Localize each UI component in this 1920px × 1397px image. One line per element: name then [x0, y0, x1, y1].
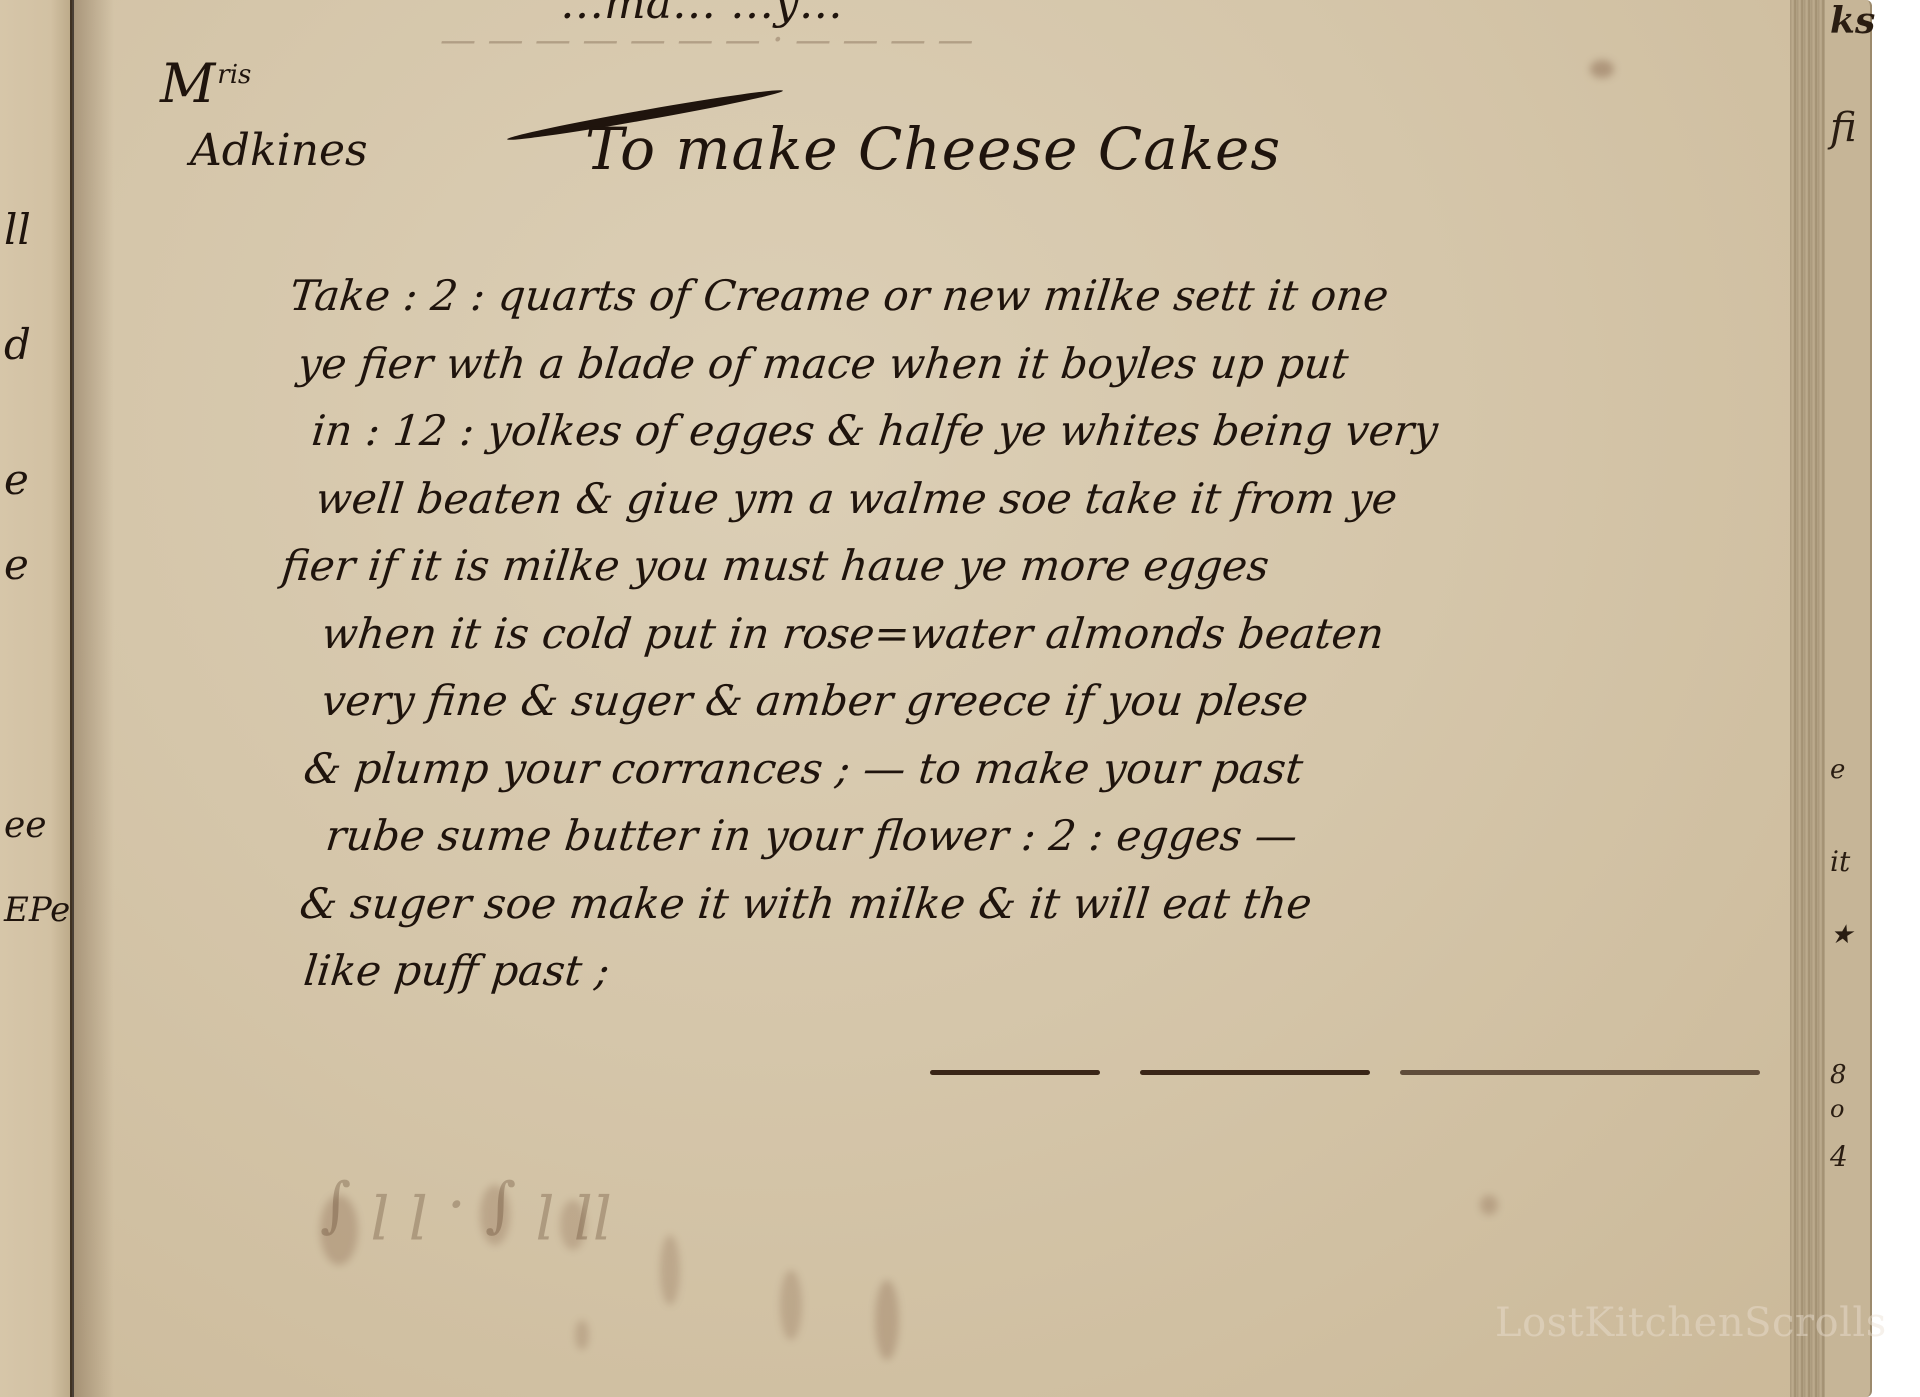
left-page-fragment: e — [4, 455, 29, 504]
left-page-fragment: ll — [4, 205, 31, 254]
right-edge-fragment: fi — [1830, 105, 1857, 151]
recipe-line: very fine & suger & amber greece if you … — [318, 667, 1813, 735]
right-edge-fragment: e — [1830, 755, 1845, 785]
margin-note-name: Adkines — [190, 125, 368, 176]
right-edge-fragment: it — [1830, 845, 1850, 878]
recipe-line: well beaten & giue ym a walme soe take i… — [312, 465, 1813, 533]
right-page-flap — [1825, 0, 1872, 1397]
left-page-fragment: d — [4, 320, 31, 369]
left-page-fragment: EPe — [4, 890, 70, 930]
recipe-line: & plump your corrances ; — to make your … — [300, 735, 1813, 803]
ink-stain — [780, 1270, 802, 1340]
recipe-line: & suger soe make it with milke & it will… — [296, 870, 1813, 938]
end-rule — [1400, 1070, 1760, 1075]
right-edge-fragment: 8 — [1830, 1060, 1847, 1090]
top-cropped-text: …ma… …y… — [560, 0, 843, 29]
bleed-through-text: ∫ ꞁ ꞁ · ∫ ꞁ ꞁꞁ — [320, 1170, 612, 1240]
manuscript-scan: ll d e e ee EPe — — — — — — — · — — — — … — [0, 0, 1920, 1397]
ink-stain — [575, 1320, 589, 1350]
right-edge-fragment: 4 — [1830, 1140, 1848, 1173]
gutter-shadow — [74, 0, 114, 1397]
left-page-fragment: ee — [4, 805, 47, 846]
end-rule — [1140, 1070, 1370, 1075]
recipe-line: when it is cold put in rose=water almond… — [318, 600, 1813, 668]
margin-note-superscript: ris — [217, 60, 251, 90]
left-page-fragment: e — [4, 540, 29, 589]
recipe-line: rube sume butter in your flower : 2 : eg… — [322, 802, 1813, 870]
recipe-line: like puff past ; — [300, 937, 1813, 1005]
recipe-line: ye fier wth a blade of mace when it boyl… — [294, 330, 1813, 398]
ink-stain — [1590, 60, 1614, 78]
watermark: LostKitchenScrolls — [1495, 1300, 1887, 1346]
ink-stain — [660, 1235, 680, 1305]
right-edge-fragment: ks — [1830, 0, 1875, 42]
ink-stain — [1480, 1195, 1498, 1215]
recipe-line: Take : 2 : quarts of Creame or new milke… — [286, 262, 1813, 330]
recipe-line: fier if it is milke you must haue ye mor… — [278, 532, 1813, 600]
recipe-line: in : 12 : yolkes of egges & halfe ye whi… — [308, 397, 1813, 465]
right-edge-fragment: ★ — [1830, 920, 1853, 950]
end-rule — [930, 1070, 1100, 1075]
ink-stain — [875, 1280, 899, 1360]
right-edge-fragment: o — [1830, 1095, 1844, 1123]
margin-note-initial: M — [160, 52, 215, 115]
margin-note-honorific: Mris — [160, 52, 251, 115]
recipe-title: To make Cheese Cakes — [585, 115, 1281, 183]
page-edge-stack — [1790, 0, 1825, 1397]
recipe-body: Take : 2 : quarts of Creame or new milke… — [290, 262, 1810, 1005]
